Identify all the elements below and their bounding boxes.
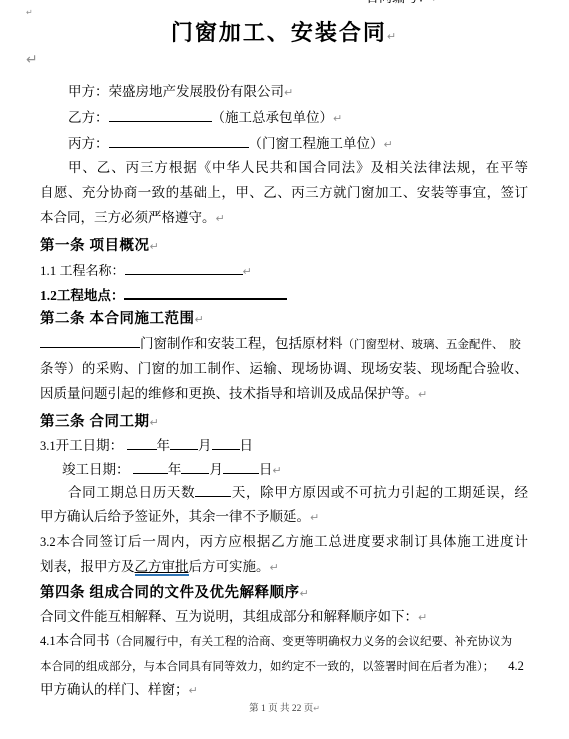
section-2-heading-text: 第二条 本合同施工范围 bbox=[40, 311, 195, 327]
party-a-label: 甲方： bbox=[68, 84, 109, 99]
end-date-label: 竣工日期： bbox=[62, 462, 130, 477]
paragraph-mark-icon: ↵ bbox=[300, 587, 310, 600]
paragraph-mark-icon: ↵ bbox=[272, 464, 281, 477]
scope-line-1-text: 门窗制作和安装工程，包括原材料 bbox=[140, 336, 343, 351]
clause-41-small-text: （合同履行中，有关工程的洽商、变更等明确权力义务的会议纪要、补充协议为 bbox=[110, 636, 513, 648]
day-label: 日 bbox=[240, 438, 254, 453]
party-c-label: 丙方： bbox=[68, 136, 109, 151]
end-day-blank-field[interactable] bbox=[223, 461, 259, 474]
section-4-heading-text: 第四条 组成合同的文件及优先解释顺序 bbox=[40, 585, 300, 601]
scope-line-3-text: 因质量问题引起的维修和更换、技术指导和培训及成品保护等。 bbox=[40, 386, 418, 401]
paragraph-mark-icon: ↵ bbox=[418, 388, 427, 401]
clause-32-number: 3.2 bbox=[40, 535, 56, 549]
party-b-note: （施工总承包单位） bbox=[212, 110, 334, 125]
duration-days-blank-field[interactable] bbox=[195, 484, 231, 497]
paragraph-mark-icon: ↵ bbox=[313, 704, 320, 713]
paragraph-mark-icon: ↵ bbox=[195, 313, 205, 326]
paragraph-mark-icon: ↵ bbox=[270, 561, 279, 574]
page-footer: 第 1 页 共 22 页↵ bbox=[0, 700, 569, 714]
duration-line-2: 甲方确认后给予签证外，其余一律不予顺延。↵ bbox=[40, 507, 528, 528]
section-1-heading-text: 第一条 项目概况 bbox=[40, 238, 150, 254]
clause-41-line-2: 本合同的组成部分，与本合同具有同等效力，如约定不一致的，以签署时间在后者为准）；… bbox=[40, 656, 528, 677]
day-label: 日 bbox=[259, 462, 273, 477]
document-page: 合同编号：↵ ↵ 门窗加工、安装合同↵ ↵ 甲方：荣盛房地产发展股份有限公司↵ … bbox=[0, 0, 569, 739]
project-name-line: 1.1 工程名称：↵ bbox=[40, 261, 528, 282]
duration-text-b: 天，除甲方原因或不可抗力引起的工期延误，经 bbox=[231, 485, 528, 500]
start-month-blank-field[interactable] bbox=[170, 437, 198, 450]
project-name-blank-field[interactable] bbox=[125, 262, 243, 275]
intro-line-3-text: 本合同，三方必须严格遵守。 bbox=[40, 210, 216, 225]
scope-line-3: 因质量问题引起的维修和更换、技术指导和培训及成品保护等。↵ bbox=[40, 384, 528, 405]
duration-text-a: 合同工期总日历天数 bbox=[68, 485, 195, 500]
clause-32-line-1: 3.2本合同签订后一周内，丙方应根据乙方施工总进度要求制订具体施工进度计 bbox=[40, 532, 528, 552]
intro-line-3: 本合同，三方必须严格遵守。↵ bbox=[40, 208, 528, 229]
section-2-heading: 第二条 本合同施工范围↵ bbox=[40, 309, 528, 330]
paragraph-mark-icon: ↵ bbox=[333, 112, 342, 125]
end-date-line: 竣工日期： 年月日↵ bbox=[62, 460, 528, 481]
clause-31-number: 3.1 bbox=[40, 439, 56, 453]
project-location-blank-field[interactable] bbox=[124, 286, 287, 300]
start-date-label: 开工日期： bbox=[56, 438, 124, 453]
clause-41-line-2-small-text: 本合同的组成部分，与本合同具有同等效力，如约定不一致的，以签署时间在后者为准）； bbox=[40, 661, 494, 673]
start-year-blank-field[interactable] bbox=[127, 437, 157, 450]
month-label: 月 bbox=[209, 462, 223, 477]
scope-line-2: 条等）的采购、门窗的加工制作、运输、现场协调、现场安装、现场配合验收、 bbox=[40, 359, 528, 379]
year-label: 年 bbox=[168, 462, 182, 477]
party-b-label: 乙方： bbox=[68, 110, 109, 125]
paragraph-mark-icon: ↵ bbox=[418, 611, 427, 624]
party-b-blank-field[interactable] bbox=[109, 109, 212, 122]
paragraph-mark-icon: ↵ bbox=[150, 240, 160, 253]
clause-32-line-2-text-c: 后方可实施。 bbox=[189, 559, 270, 574]
start-date-line: 3.1开工日期： 年月日 bbox=[40, 436, 528, 456]
paragraph-mark-icon: ↵ bbox=[189, 684, 198, 697]
party-b-line: 乙方：（施工总承包单位）↵ bbox=[40, 108, 528, 129]
section-3-heading-text: 第三条 合同工期 bbox=[40, 414, 150, 430]
party-a-name: 荣盛房地产发展股份有限公司 bbox=[109, 84, 285, 99]
party-c-blank-field[interactable] bbox=[109, 135, 249, 148]
clause-42-line: 甲方确认的样门、样窗；↵ bbox=[40, 680, 528, 701]
party-a-line: 甲方：荣盛房地产发展股份有限公司↵ bbox=[40, 82, 528, 103]
clause-41-line-1: 4.1本合同书（合同履行中，有关工程的洽商、变更等明确权力义务的会议纪要、补充协… bbox=[40, 631, 528, 652]
end-year-blank-field[interactable] bbox=[133, 461, 168, 474]
paragraph-mark-icon: ↵ bbox=[243, 265, 252, 278]
paragraph-mark-icon: ↵ bbox=[26, 52, 38, 68]
page-number-text: 第 1 页 共 22 页 bbox=[249, 704, 313, 714]
section-4-line-1: 合同文件能互相解释、互为说明，其组成部分和解释顺序如下：↵ bbox=[40, 607, 528, 628]
document-title: 门窗加工、安装合同↵ bbox=[0, 16, 569, 47]
paragraph-mark-icon: ↵ bbox=[384, 138, 393, 151]
clause-42-number: 4.2 bbox=[508, 659, 524, 673]
section-1-heading: 第一条 项目概况↵ bbox=[40, 236, 528, 257]
clause-32-line-1-text: 本合同签订后一周内，丙方应根据乙方施工总进度要求制订具体施工进度计 bbox=[56, 534, 528, 549]
paragraph-mark-icon: ↵ bbox=[284, 86, 293, 99]
scope-line-1: 门窗制作和安装工程，包括原材料（门窗型材、玻璃、五金配件、 胶 bbox=[40, 334, 528, 355]
project-name-label: 1.1 工程名称： bbox=[40, 263, 125, 278]
scope-blank-field[interactable] bbox=[40, 335, 140, 348]
intro-line-2: 自愿、充分协商一致的基础上，甲、乙、丙三方就门窗加工、安装等事宜，签订 bbox=[40, 183, 528, 203]
end-month-blank-field[interactable] bbox=[181, 461, 209, 474]
title-text: 门窗加工、安装合同 bbox=[171, 20, 387, 45]
clause-32-line-2: 划表，报甲方及乙方审批后方可实施。↵ bbox=[40, 557, 528, 578]
start-day-blank-field[interactable] bbox=[212, 437, 240, 450]
clause-42-text: 甲方确认的样门、样窗； bbox=[40, 682, 189, 697]
year-label: 年 bbox=[157, 438, 171, 453]
paragraph-mark-icon: ↵ bbox=[310, 511, 319, 524]
intro-line-1: 甲、乙、丙三方根据《中华人民共和国合同法》及相关法律法规，在平等 bbox=[40, 158, 528, 178]
section-4-line-1-text: 合同文件能互相解释、互为说明，其组成部分和解释顺序如下： bbox=[40, 609, 418, 624]
clause-41-text: 本合同书 bbox=[56, 633, 110, 648]
clause-32-underlined-phrase: 乙方审批 bbox=[135, 559, 189, 576]
paragraph-mark-icon: ↵ bbox=[150, 416, 160, 429]
section-4-heading: 第四条 组成合同的文件及优先解释顺序↵ bbox=[40, 583, 528, 604]
month-label: 月 bbox=[198, 438, 212, 453]
empty-paragraph: ↵ bbox=[26, 50, 528, 70]
section-3-heading: 第三条 合同工期↵ bbox=[40, 412, 528, 433]
paragraph-mark-icon: ↵ bbox=[216, 212, 225, 225]
duration-line-2-text: 甲方确认后给予签证外，其余一律不予顺延。 bbox=[40, 509, 310, 524]
duration-line-1: 合同工期总日历天数天，除甲方原因或不可抗力引起的工期延误，经 bbox=[40, 483, 528, 503]
party-c-note: （门窗工程施工单位） bbox=[249, 136, 384, 151]
party-c-line: 丙方：（门窗工程施工单位）↵ bbox=[40, 134, 528, 155]
paragraph-mark-icon: ↵ bbox=[387, 30, 398, 43]
scope-line-1-small-text: （门窗型材、玻璃、五金配件、 胶 bbox=[343, 339, 521, 351]
clause-41-number: 4.1 bbox=[40, 634, 56, 648]
project-location-line: 1.2工程地点： bbox=[40, 286, 528, 306]
clause-32-line-2-text-a: 划表，报甲方及 bbox=[40, 559, 135, 574]
project-location-label: 1.2工程地点： bbox=[40, 288, 124, 303]
